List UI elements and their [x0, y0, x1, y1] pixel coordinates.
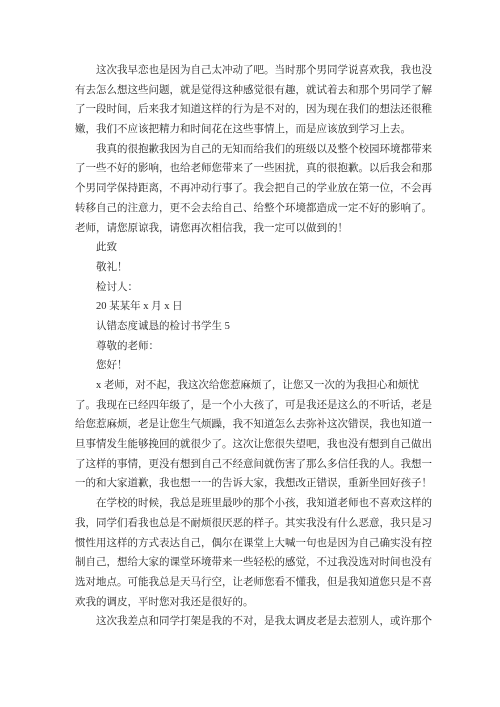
- text-line: 认错态度诚恳的检讨书学生 5: [75, 317, 431, 337]
- document-content: 这次我早恋也是因为自己太冲动了吧。当时那个男同学说喜欢我，我也没有去怎么想这些问…: [75, 61, 431, 632]
- text-line: 了这样的事情，更没有想到自己不经意间就伤害了那么多信任我的人。我想一: [75, 455, 431, 475]
- text-line: 此致: [75, 238, 431, 258]
- text-line: 个男同学保持距离，不再冲动行事了。我会把自己的学业放在第一位，不会再: [75, 179, 431, 199]
- text-line: 尊敬的老师：: [75, 337, 431, 357]
- paragraph: 我真的很抱歉我因为自己的无知而给我们的班级以及整个校园环境都带来了一些不好的影响…: [75, 140, 431, 238]
- text-line: 了。我现在已经四年级了，是一个小大孩了，可是我还是这么的不听话，老是: [75, 396, 431, 416]
- paragraph: 尊敬的老师：: [75, 337, 431, 357]
- text-line: 惯性用这样的方式表达自己，偶尔在课堂上大喊一句也是因为自己确实没有控: [75, 534, 431, 554]
- text-line: 在学校的时候，我总是班里最吵的那个小孩，我知道老师也不喜欢这样的: [75, 494, 431, 514]
- text-line: 检讨人：: [75, 278, 431, 298]
- paragraph: 敬礼！: [75, 258, 431, 278]
- text-line: 转移自己的注意力，更不会去给自己、给整个环境都造成一定不好的影响了。: [75, 199, 431, 219]
- text-line: 了一段时间，后来我才知道这样的行为是不对的，因为现在我们的想法还很稚: [75, 100, 431, 120]
- text-line: 给您惹麻烦，老是让您生气烦躁，我不知道怎么去弥补这次错误，我也知道一: [75, 415, 431, 435]
- text-line: 旦事情发生能够挽回的就很少了。这次让您很失望吧，我也没有想到自己做出: [75, 435, 431, 455]
- text-line: 我真的很抱歉我因为自己的无知而给我们的班级以及整个校园环境都带来: [75, 140, 431, 160]
- text-line: 选对地点。可能我总是天马行空，让老师您看不懂我，但是我知道您只是不喜: [75, 573, 431, 593]
- paragraph: 这次我早恋也是因为自己太冲动了吧。当时那个男同学说喜欢我，我也没有去怎么想这些问…: [75, 61, 431, 140]
- text-line: 了一些不好的影响，也给老师您带来了一些困扰，真的很抱歉。以后我会和那: [75, 159, 431, 179]
- paragraph: 这次我差点和同学打架是我的不对，是我太调皮老是去惹别人，或许那个: [75, 612, 431, 632]
- text-line: 制自己，想给大家的课堂环境带来一些轻松的感觉，不过我没选对时间也没有: [75, 553, 431, 573]
- document-page: 这次我早恋也是因为自己太冲动了吧。当时那个男同学说喜欢我，我也没有去怎么想这些问…: [0, 0, 500, 707]
- text-line: 一的和大家道歉，我也想一一的告诉大家，我想改正错误，重新坐回好孩子！: [75, 474, 431, 494]
- text-line: 老师，请您原谅我，请您再次相信我，我一定可以做到的！: [75, 219, 431, 239]
- text-line: 20 某某年 x 月 x 日: [75, 297, 431, 317]
- paragraph: x 老师，对不起，我这次给您惹麻烦了，让您又一次的为我担心和烦忧了。我现在已经四…: [75, 376, 431, 494]
- paragraph: 认错态度诚恳的检讨书学生 5: [75, 317, 431, 337]
- text-line: 敬礼！: [75, 258, 431, 278]
- text-line: 嫩，我们不应该把精力和时间花在这些事情上，而是应该放到学习上去。: [75, 120, 431, 140]
- paragraph: 您好！: [75, 356, 431, 376]
- text-line: 这次我早恋也是因为自己太冲动了吧。当时那个男同学说喜欢我，我也没: [75, 61, 431, 81]
- text-line: 这次我差点和同学打架是我的不对，是我太调皮老是去惹别人，或许那个: [75, 612, 431, 632]
- text-line: 我，同学们看我也总是不耐烦很厌恶的样子。其实我没有什么恶意，我只是习: [75, 514, 431, 534]
- paragraph: 20 某某年 x 月 x 日: [75, 297, 431, 317]
- paragraph: 此致: [75, 238, 431, 258]
- text-line: 您好！: [75, 356, 431, 376]
- text-line: x 老师，对不起，我这次给您惹麻烦了，让您又一次的为我担心和烦忧: [75, 376, 431, 396]
- paragraph: 在学校的时候，我总是班里最吵的那个小孩，我知道老师也不喜欢这样的我，同学们看我也…: [75, 494, 431, 612]
- text-line: 欢我的调皮，平时您对我还是很好的。: [75, 593, 431, 613]
- paragraph: 检讨人：: [75, 278, 431, 298]
- text-line: 有去怎么想这些问题，就是觉得这种感觉很有趣，就试着去和那个男同学了解: [75, 81, 431, 101]
